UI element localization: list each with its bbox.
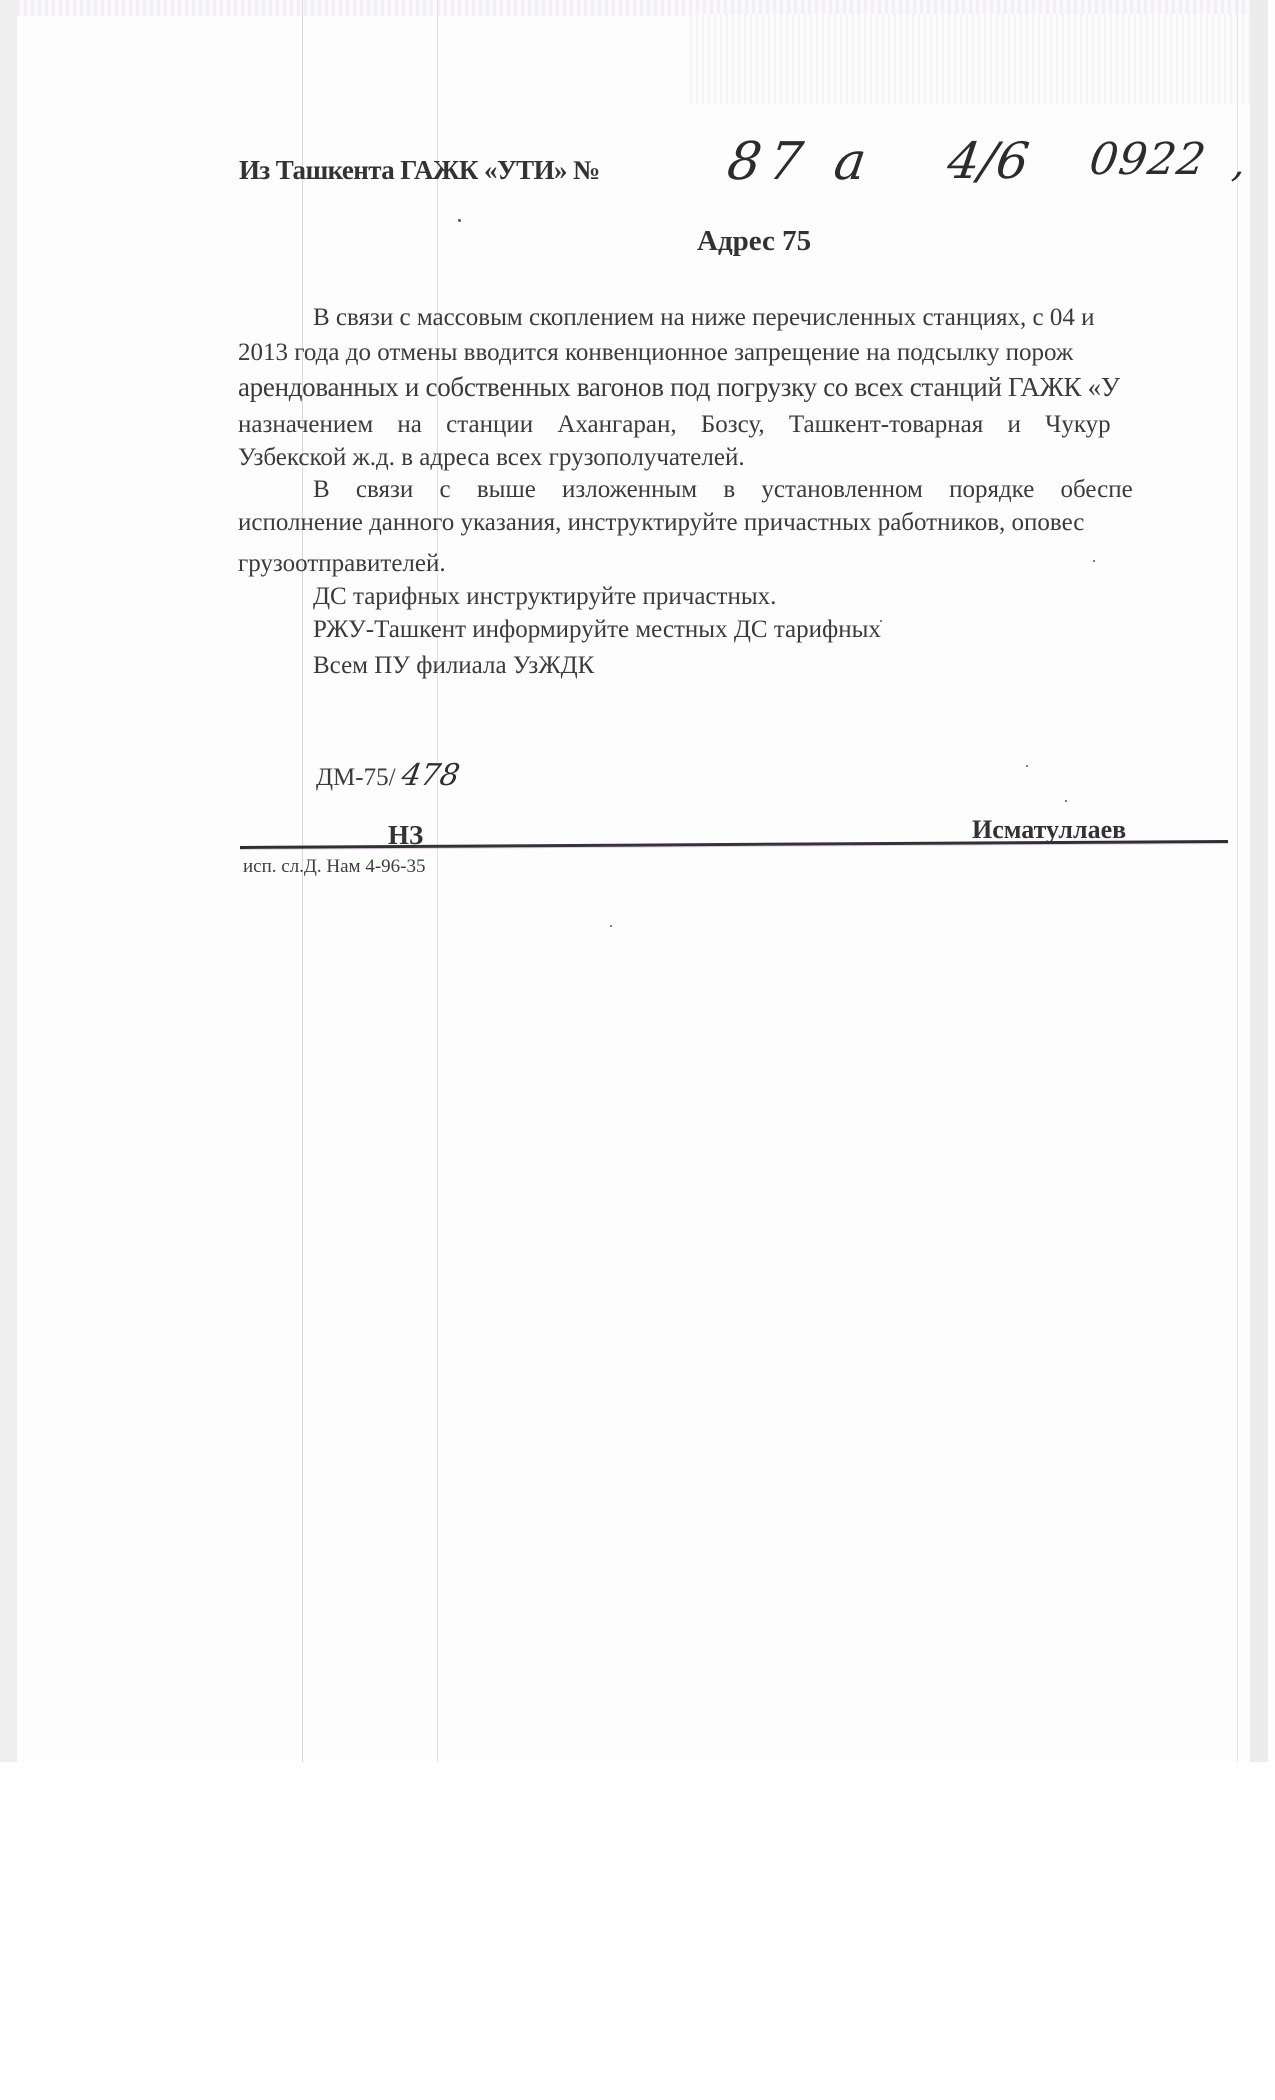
- scan-speck: [458, 219, 461, 222]
- scanner-streak: [437, 0, 438, 1762]
- body-line: В связи с выше изложенным в установленно…: [313, 474, 1133, 506]
- body-line: ДС тарифных инструктируйте причастных.: [313, 581, 776, 613]
- scan-speck: [1065, 800, 1067, 802]
- sender-header: Из Ташкента ГАЖК «УТИ» №: [239, 155, 600, 186]
- scan-top-gray-artifact: [690, 14, 1250, 104]
- scanned-page: Из Ташкента ГАЖК «УТИ» № 87 а 4/6 0922 ,…: [0, 0, 1275, 1762]
- reference-prefix: ДМ-75/: [316, 764, 396, 791]
- body-line: исполнение данного указания, инструктиру…: [238, 507, 1084, 539]
- body-line: арендованных и собственных вагонов под п…: [238, 371, 1120, 403]
- scan-speck: [1093, 560, 1095, 562]
- handwritten-date: 4/6: [944, 132, 1033, 190]
- scan-speck: [1026, 765, 1028, 767]
- body-line: 2013 года до отмены вводится конвенционн…: [238, 337, 1073, 369]
- body-line: РЖУ-Ташкент информируйте местных ДС тари…: [313, 614, 881, 646]
- scanner-streak: [1237, 0, 1238, 1762]
- handwritten-reference-number: 478: [398, 758, 461, 793]
- body-line: Всем ПУ филиала УзЖДК: [313, 650, 594, 682]
- scanner-streak: [302, 0, 303, 1762]
- handwritten-mark: ,: [1230, 140, 1249, 186]
- executor-contact: исп. сл.Д. Нам 4-96-35: [243, 856, 425, 878]
- handwritten-time: 0922: [1086, 134, 1209, 185]
- body-line: В связи с массовым скоплением на ниже пе…: [313, 302, 1094, 334]
- handwritten-telegram-number: 87 а: [724, 132, 878, 192]
- body-line: назначением на станции Ахангаран, Бозсу,…: [238, 409, 1111, 441]
- reference-number: ДМ-75/478: [316, 758, 459, 793]
- scan-speck: [880, 620, 882, 622]
- scan-left-edge: [0, 0, 17, 1762]
- scan-right-edge: [1250, 0, 1268, 1762]
- body-line: Узбекской ж.д. в адреса всех грузополуча…: [238, 442, 745, 474]
- body-line: грузоотправителей.: [238, 548, 446, 580]
- address-title: Адрес 75: [697, 225, 811, 258]
- scan-speck: [610, 925, 612, 927]
